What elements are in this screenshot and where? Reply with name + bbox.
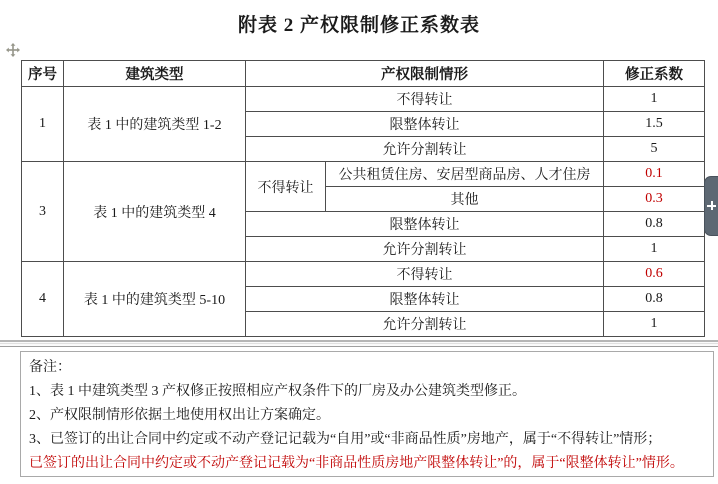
- coef-cell: 5: [604, 137, 705, 162]
- note-line-3: 3、已签订的出让合同中约定或不动产登记记载为“自用”或“非商品性质”房地产，属于…: [29, 428, 713, 452]
- header-building-type: 建筑类型: [64, 61, 246, 87]
- header-seq: 序号: [22, 61, 64, 87]
- page-divider: [0, 340, 718, 347]
- building-type-cell: 表 1 中的建筑类型 1-2: [64, 87, 246, 162]
- header-restriction: 产权限制情形: [246, 61, 604, 87]
- situation-cell: 允许分割转让: [246, 312, 604, 337]
- coefficient-table: 序号 建筑类型 产权限制情形 修正系数 1 表 1 中的建筑类型 1-2 不得转…: [21, 60, 705, 337]
- coef-cell: 1: [604, 237, 705, 262]
- coef-cell: 0.1: [604, 162, 705, 187]
- table-row: 4 表 1 中的建筑类型 5-10 不得转让 0.6: [22, 262, 705, 287]
- table-header-row: 序号 建筑类型 产权限制情形 修正系数: [22, 61, 705, 87]
- page-divider-line: [0, 343, 718, 344]
- note-line-2: 2、产权限制情形依据土地使用权出让方案确定。: [29, 404, 713, 428]
- notes-label: 备注：: [29, 356, 713, 380]
- seq-cell: 3: [22, 162, 64, 262]
- plus-glyph: [707, 201, 716, 210]
- seq-cell: 1: [22, 87, 64, 162]
- situation-cell: 其他: [326, 187, 604, 212]
- situation-cell: 不得转让: [246, 262, 604, 287]
- coef-cell: 0.6: [604, 262, 705, 287]
- situation-cell: 公共租赁住房、安居型商品房、人才住房: [326, 162, 604, 187]
- coef-cell: 0.3: [604, 187, 705, 212]
- coef-cell: 1: [604, 312, 705, 337]
- table-row: 1 表 1 中的建筑类型 1-2 不得转让 1: [22, 87, 705, 112]
- situation-cell: 限整体转让: [246, 212, 604, 237]
- building-type-cell: 表 1 中的建筑类型 4: [64, 162, 246, 262]
- coef-cell: 1: [604, 87, 705, 112]
- situation-cell: 允许分割转让: [246, 237, 604, 262]
- seq-cell: 4: [22, 262, 64, 337]
- situation-group-cell: 不得转让: [246, 162, 326, 212]
- situation-cell: 限整体转让: [246, 112, 604, 137]
- situation-cell: 允许分割转让: [246, 137, 604, 162]
- table-move-icon[interactable]: [6, 43, 20, 57]
- expand-plus-icon[interactable]: [704, 176, 718, 236]
- table-row: 3 表 1 中的建筑类型 4 不得转让 公共租赁住房、安居型商品房、人才住房 0…: [22, 162, 705, 187]
- coef-cell: 0.8: [604, 287, 705, 312]
- coef-cell: 0.8: [604, 212, 705, 237]
- note-line-4-red: 已签订的出让合同中约定或不动产登记记载为“非商品性质房地产限整体转让”的，属于“…: [29, 452, 713, 476]
- coef-cell: 1.5: [604, 112, 705, 137]
- header-coefficient: 修正系数: [604, 61, 705, 87]
- building-type-cell: 表 1 中的建筑类型 5-10: [64, 262, 246, 337]
- situation-cell: 限整体转让: [246, 287, 604, 312]
- move-arrows-glyph: [6, 43, 20, 57]
- notes-box: 备注： 1、表 1 中建筑类型 3 产权修正按照相应产权条件下的厂房及办公建筑类…: [20, 351, 714, 477]
- note-line-1: 1、表 1 中建筑类型 3 产权修正按照相应产权条件下的厂房及办公建筑类型修正。: [29, 380, 713, 404]
- page-title: 附表 2 产权限制修正系数表: [0, 10, 718, 37]
- situation-cell: 不得转让: [246, 87, 604, 112]
